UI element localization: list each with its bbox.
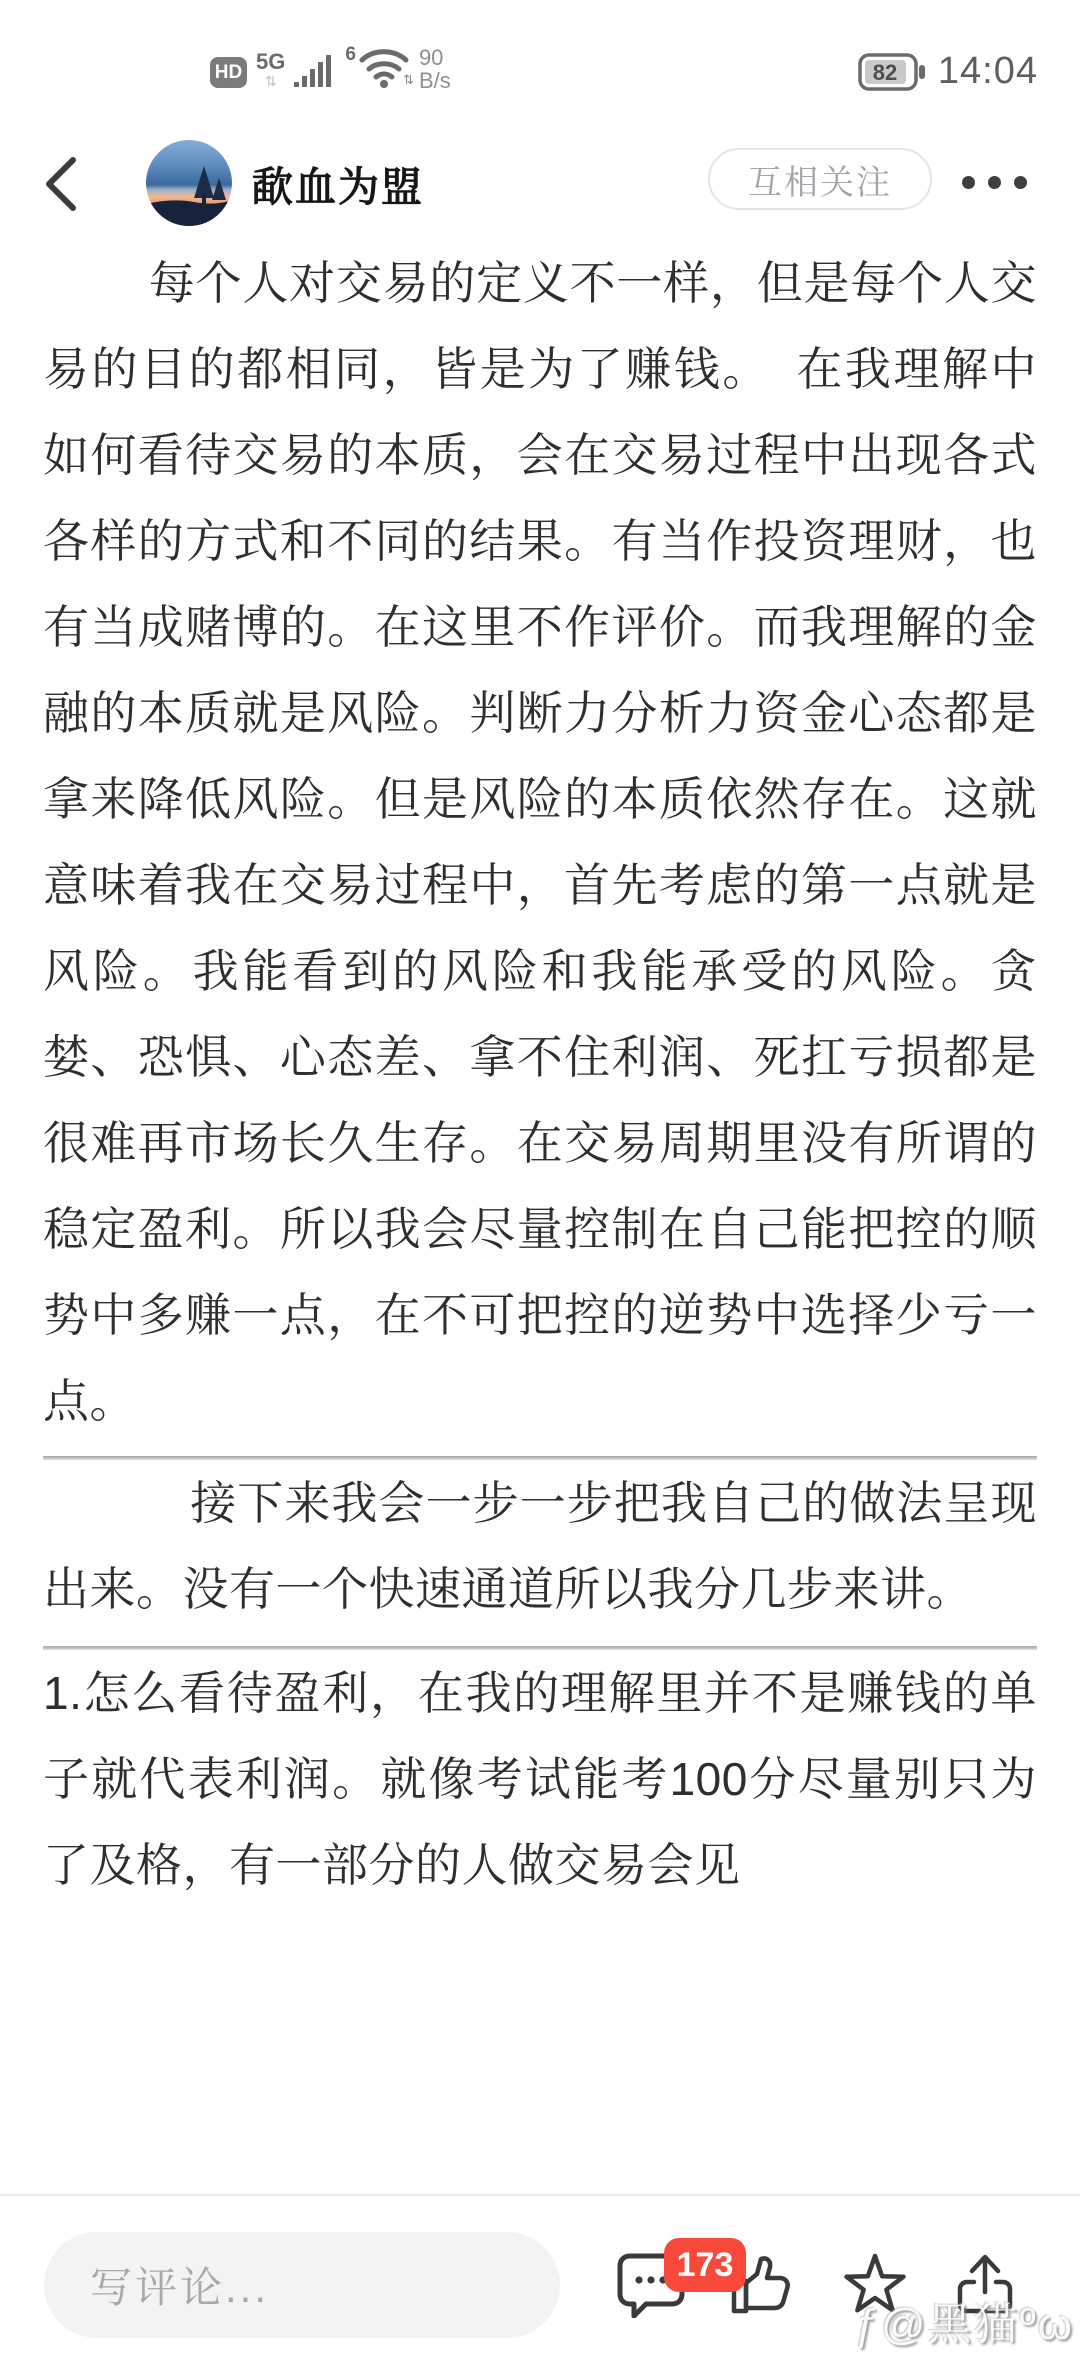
avatar[interactable] [146,140,232,226]
mutual-follow-button[interactable]: 互相关注 [708,148,932,210]
username[interactable]: 歃血为盟 [252,154,424,213]
watermark: ƒ@黑猫ºω [854,2288,1074,2352]
wifi-arrows-icon: ⇅ [403,72,414,88]
back-chevron-icon [40,154,82,214]
mutual-follow-label: 互相关注 [748,155,892,204]
comment-placeholder: 写评论... [90,2255,269,2315]
network-speed: 90 B/s [419,46,451,92]
status-bar: HD 5G ⇅ 6 ⇅ [0,42,1080,98]
data-arrows-icon: ⇅ [265,74,277,88]
network-type-label: 5G [256,51,285,73]
status-left-cluster: HD 5G ⇅ 6 ⇅ [210,44,451,88]
more-button[interactable] [962,176,1027,189]
more-dots-icon [1014,176,1027,189]
hd-icon: HD [210,57,247,88]
article-paragraph: 每个人对交易的定义不一样，但是每个人交易的目的都相同，皆是为了赚钱。 在我理解中… [43,240,1037,1444]
more-dots-icon [988,176,1001,189]
signal-bars-icon [294,52,336,88]
avatar-trees-icon [146,140,232,226]
battery-icon: 82 [858,52,928,92]
comment-input[interactable]: 写评论... [44,2232,560,2338]
back-button[interactable] [40,154,82,214]
bottom-action-bar: 写评论... 173 [0,2194,1080,2376]
status-right-cluster: 82 14:04 [858,50,1038,93]
network-type: 5G ⇅ [256,51,285,88]
svg-text:82: 82 [873,60,897,85]
more-dots-icon [962,176,975,189]
app-screen: HD 5G ⇅ 6 ⇅ [0,0,1080,2376]
wifi-label: 6 [345,44,356,66]
header: 歃血为盟 互相关注 [0,128,1080,240]
comment-count-badge: 173 [664,2238,746,2292]
article-paragraph: 接下来我会一步一步把我自己的做法呈现出来。没有一个快速通道所以我分几步来讲。 [43,1460,1037,1632]
wifi-group: 6 ⇅ [345,44,410,88]
clock: 14:04 [938,50,1038,93]
article-paragraph: 1.怎么看待盈利，在我的理解里并不是赚钱的单子就代表利润。就像考试能考100分尽… [43,1650,1037,1908]
speed-value: 90 [419,46,451,69]
article-body: 每个人对交易的定义不一样，但是每个人交易的目的都相同，皆是为了赚钱。 在我理解中… [0,240,1080,1908]
speed-unit: B/s [419,69,451,92]
